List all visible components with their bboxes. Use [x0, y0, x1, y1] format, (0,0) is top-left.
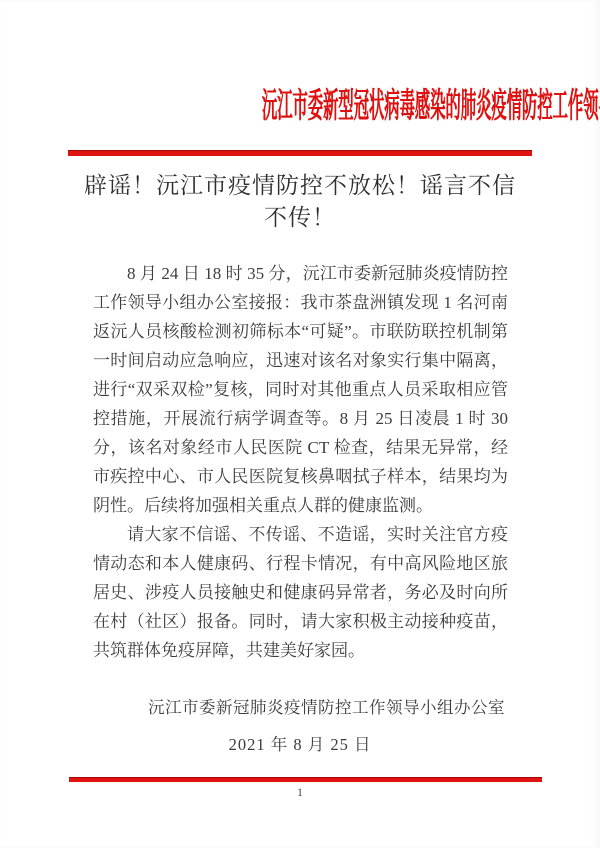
letterhead-title: 沅江市委新型冠状病毒感染的肺炎疫情防控工作领导小组办公室: [262, 86, 600, 126]
body-paragraph-2: 请大家不信谣、不传谣、不造谣，实时关注官方疫情动态和本人健康码、行程卡情况，有中…: [93, 520, 508, 665]
footer-divider-line: [69, 777, 542, 782]
document-page: 沅江市委新型冠状病毒感染的肺炎疫情防控工作领导小组办公室 辟谣！沅江市疫情防控不…: [0, 0, 600, 848]
signature-org: 沅江市委新冠肺炎疫情防控工作领导小组办公室: [0, 694, 600, 718]
page-title: 辟谣！沅江市疫情防控不放松！谣言不信不传！: [84, 170, 516, 234]
document-body: 8 月 24 日 18 时 35 分，沅江市委新冠肺炎疫情防控工作领导小组办公室…: [0, 259, 600, 665]
page-number: 1: [0, 785, 600, 800]
document-date: 2021 年 8 月 25 日: [0, 731, 600, 755]
body-paragraph-1: 8 月 24 日 18 时 35 分，沅江市委新冠肺炎疫情防控工作领导小组办公室…: [93, 259, 508, 520]
header-divider-line: [68, 150, 532, 156]
document-letterhead: 沅江市委新型冠状病毒感染的肺炎疫情防控工作领导小组办公室: [0, 0, 600, 134]
